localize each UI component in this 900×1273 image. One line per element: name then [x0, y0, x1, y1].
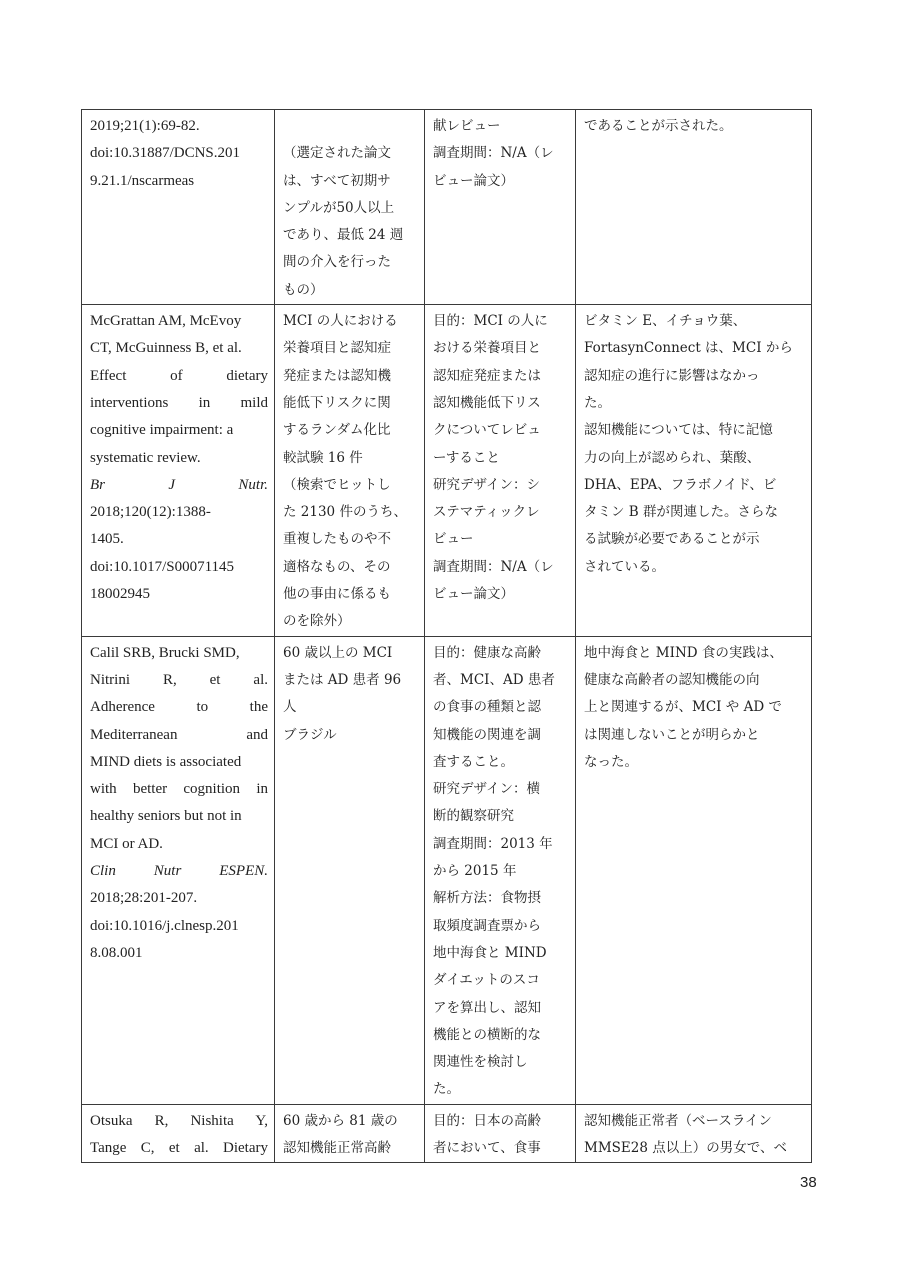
- text-line: ステマティックレ: [433, 499, 569, 526]
- text-line: MIND diets is associated: [90, 749, 268, 776]
- text-line: た 2130 件のうち、: [283, 499, 418, 526]
- text-line: 1405.: [90, 526, 268, 553]
- text-line: 認知機能正常高齢: [283, 1135, 418, 1162]
- text-line: 9.21.1/nscarmeas: [90, 168, 268, 195]
- text-line: 他の事由に係るも: [283, 581, 418, 608]
- text-line: 60 歳以上の MCI: [283, 640, 418, 667]
- text-line: もの）: [283, 277, 418, 304]
- text-line: の食事の種類と認: [433, 694, 569, 721]
- text-line: は関連しないことが明らかと: [584, 722, 805, 749]
- text-line: ビュー: [433, 526, 569, 553]
- text-line: 研究デザイン：横: [433, 776, 569, 803]
- text-line: DHA、EPA、フラボノイド、ビ: [584, 472, 805, 499]
- subjects-cell: MCI の人における 栄養項目と認知症 発症または認知機 能低下リスクに関 する…: [275, 305, 425, 637]
- text-line: Mediterranean and: [90, 722, 268, 749]
- text-line: with better cognition in: [90, 776, 268, 803]
- text-line: Nitrini R, et al.: [90, 667, 268, 694]
- text-line: は、すべて初期サ: [283, 168, 418, 195]
- text-line: ビタミン E、イチョウ葉、: [584, 308, 805, 335]
- text-line: 地中海食と MIND: [433, 940, 569, 967]
- text-line: FortasynConnect は、MCI から: [584, 335, 805, 362]
- method-cell: 目的：健康な高齢 者、MCI、AD 患者 の食事の種類と認 知機能の関連を調 査…: [425, 636, 576, 1104]
- text-line: 目的：健康な高齢: [433, 640, 569, 667]
- text-line: 人: [283, 694, 418, 721]
- text-line: healthy seniors but not in: [90, 803, 268, 830]
- result-cell: 地中海食と MIND 食の実践は、 健康な高齢者の認知機能の向 上と関連するが、…: [576, 636, 812, 1104]
- text-line: cognitive impairment: a: [90, 417, 268, 444]
- citation-cell: McGrattan AM, McEvoy CT, McGuinness B, e…: [82, 305, 275, 637]
- text-line: CT, McGuinness B, et al.: [90, 335, 268, 362]
- text-line: ビュー論文）: [433, 581, 569, 608]
- text-line: る試験が必要であることが示: [584, 526, 805, 553]
- text-line: ーすること: [433, 445, 569, 472]
- text-line: 献レビュー: [433, 113, 569, 140]
- text-line: 力の向上が認められ、葉酸、: [584, 445, 805, 472]
- citation-cell: Calil SRB, Brucki SMD, Nitrini R, et al.…: [82, 636, 275, 1104]
- text-line: 断的観察研究: [433, 803, 569, 830]
- subjects-cell: 60 歳以上の MCI または AD 患者 96 人 ブラジル: [275, 636, 425, 1104]
- citation-cell: 2019;21(1):69-82. doi:10.31887/DCNS.201 …: [82, 110, 275, 305]
- page-number: 38: [800, 1174, 817, 1191]
- text-line: ンプルが50人以上: [283, 195, 418, 222]
- text-line: MMSE28 点以上）の男女で、ベ: [584, 1135, 805, 1162]
- text-line: （選定された論文: [283, 140, 418, 167]
- text-line: 調査期間：N/A（レ: [433, 554, 569, 581]
- subjects-cell: （選定された論文 は、すべて初期サ ンプルが50人以上 であり、最低 24 週 …: [275, 110, 425, 305]
- table-row: Otsuka R, Nishita Y, Tange C, et al. Die…: [82, 1104, 812, 1163]
- table-row: 2019;21(1):69-82. doi:10.31887/DCNS.201 …: [82, 110, 812, 305]
- text-line: Tange C, et al. Dietary: [90, 1135, 268, 1162]
- journal-name: Br J Nutr.: [90, 472, 268, 499]
- text-line: McGrattan AM, McEvoy: [90, 308, 268, 335]
- text-line: 目的：日本の高齢: [433, 1108, 569, 1135]
- text-line: クについてレビュ: [433, 417, 569, 444]
- text-line: であり、最低 24 週: [283, 222, 418, 249]
- text-line: されている。: [584, 554, 805, 581]
- text-line: 取頻度調査票から: [433, 913, 569, 940]
- text-line: Effect of dietary: [90, 363, 268, 390]
- text-line: 者、MCI、AD 患者: [433, 667, 569, 694]
- text-line: 者において、食事: [433, 1135, 569, 1162]
- text-line: ダイエットのスコ: [433, 967, 569, 994]
- text-line: 関連性を検討し: [433, 1049, 569, 1076]
- text-line: 能低下リスクに関: [283, 390, 418, 417]
- text-line: 地中海食と MIND 食の実践は、: [584, 640, 805, 667]
- text-line: なった。: [584, 749, 805, 776]
- text-line: doi:10.1016/j.clnesp.201: [90, 913, 268, 940]
- text-line: MCI の人における: [283, 308, 418, 335]
- text-line: 60 歳から 81 歳の: [283, 1108, 418, 1135]
- method-cell: 目的：日本の高齢 者において、食事: [425, 1104, 576, 1163]
- text-line: 査すること。: [433, 749, 569, 776]
- text-line: であることが示された。: [584, 113, 805, 140]
- text-line: Adherence to the: [90, 694, 268, 721]
- table-row: Calil SRB, Brucki SMD, Nitrini R, et al.…: [82, 636, 812, 1104]
- method-cell: 献レビュー 調査期間：N/A（レ ビュー論文）: [425, 110, 576, 305]
- text-line: のを除外）: [283, 608, 418, 635]
- text-line: [283, 113, 418, 140]
- text-line: おける栄養項目と: [433, 335, 569, 362]
- text-line: 2018;120(12):1388-: [90, 499, 268, 526]
- text-line: 研究デザイン：シ: [433, 472, 569, 499]
- text-line: アを算出し、認知: [433, 995, 569, 1022]
- text-line: 認知機能低下リス: [433, 390, 569, 417]
- text-line: 間の介入を行った: [283, 249, 418, 276]
- text-line: 健康な高齢者の認知機能の向: [584, 667, 805, 694]
- text-line: 目的：MCI の人に: [433, 308, 569, 335]
- text-line: （検索でヒットし: [283, 472, 418, 499]
- text-line: 認知機能については、特に記憶: [584, 417, 805, 444]
- text-line: または AD 患者 96: [283, 667, 418, 694]
- text-line: systematic review.: [90, 445, 268, 472]
- text-line: 認知症の進行に影響はなかっ: [584, 363, 805, 390]
- text-line: タミン B 群が関連した。さらな: [584, 499, 805, 526]
- table-row: McGrattan AM, McEvoy CT, McGuinness B, e…: [82, 305, 812, 637]
- text-line: 2019;21(1):69-82.: [90, 113, 268, 140]
- text-line: 栄養項目と認知症: [283, 335, 418, 362]
- text-line: ブラジル: [283, 722, 418, 749]
- result-cell: であることが示された。: [576, 110, 812, 305]
- text-line: 調査期間：2013 年: [433, 831, 569, 858]
- text-line: 機能との横断的な: [433, 1022, 569, 1049]
- text-line: 2018;28:201-207.: [90, 885, 268, 912]
- citation-cell: Otsuka R, Nishita Y, Tange C, et al. Die…: [82, 1104, 275, 1163]
- text-line: 認知機能正常者（ベースライン: [584, 1108, 805, 1135]
- result-cell: 認知機能正常者（ベースライン MMSE28 点以上）の男女で、ベ: [576, 1104, 812, 1163]
- text-line: 較試験 16 件: [283, 445, 418, 472]
- text-line: Calil SRB, Brucki SMD,: [90, 640, 268, 667]
- text-line: MCI or AD.: [90, 831, 268, 858]
- text-line: Otsuka R, Nishita Y,: [90, 1108, 268, 1135]
- text-line: 18002945: [90, 581, 268, 608]
- text-line: 知機能の関連を調: [433, 722, 569, 749]
- method-cell: 目的：MCI の人に おける栄養項目と 認知症発症または 認知機能低下リス クに…: [425, 305, 576, 637]
- journal-name: Clin Nutr ESPEN.: [90, 858, 268, 885]
- text-line: doi:10.1017/S00071145: [90, 554, 268, 581]
- text-line: interventions in mild: [90, 390, 268, 417]
- subjects-cell: 60 歳から 81 歳の 認知機能正常高齢: [275, 1104, 425, 1163]
- text-line: た。: [584, 390, 805, 417]
- text-line: ビュー論文）: [433, 168, 569, 195]
- text-line: から 2015 年: [433, 858, 569, 885]
- text-line: 発症または認知機: [283, 363, 418, 390]
- text-line: 重複したものや不: [283, 526, 418, 553]
- text-line: た。: [433, 1076, 569, 1103]
- text-line: doi:10.31887/DCNS.201: [90, 140, 268, 167]
- text-line: 8.08.001: [90, 940, 268, 967]
- literature-review-table: 2019;21(1):69-82. doi:10.31887/DCNS.201 …: [81, 109, 812, 1163]
- text-line: 上と関連するが、MCI や AD で: [584, 694, 805, 721]
- text-line: 認知症発症または: [433, 363, 569, 390]
- text-line: 調査期間：N/A（レ: [433, 140, 569, 167]
- text-line: 解析方法：食物摂: [433, 885, 569, 912]
- text-line: するランダム化比: [283, 417, 418, 444]
- text-line: 適格なもの、その: [283, 554, 418, 581]
- result-cell: ビタミン E、イチョウ葉、 FortasynConnect は、MCI から 認…: [576, 305, 812, 637]
